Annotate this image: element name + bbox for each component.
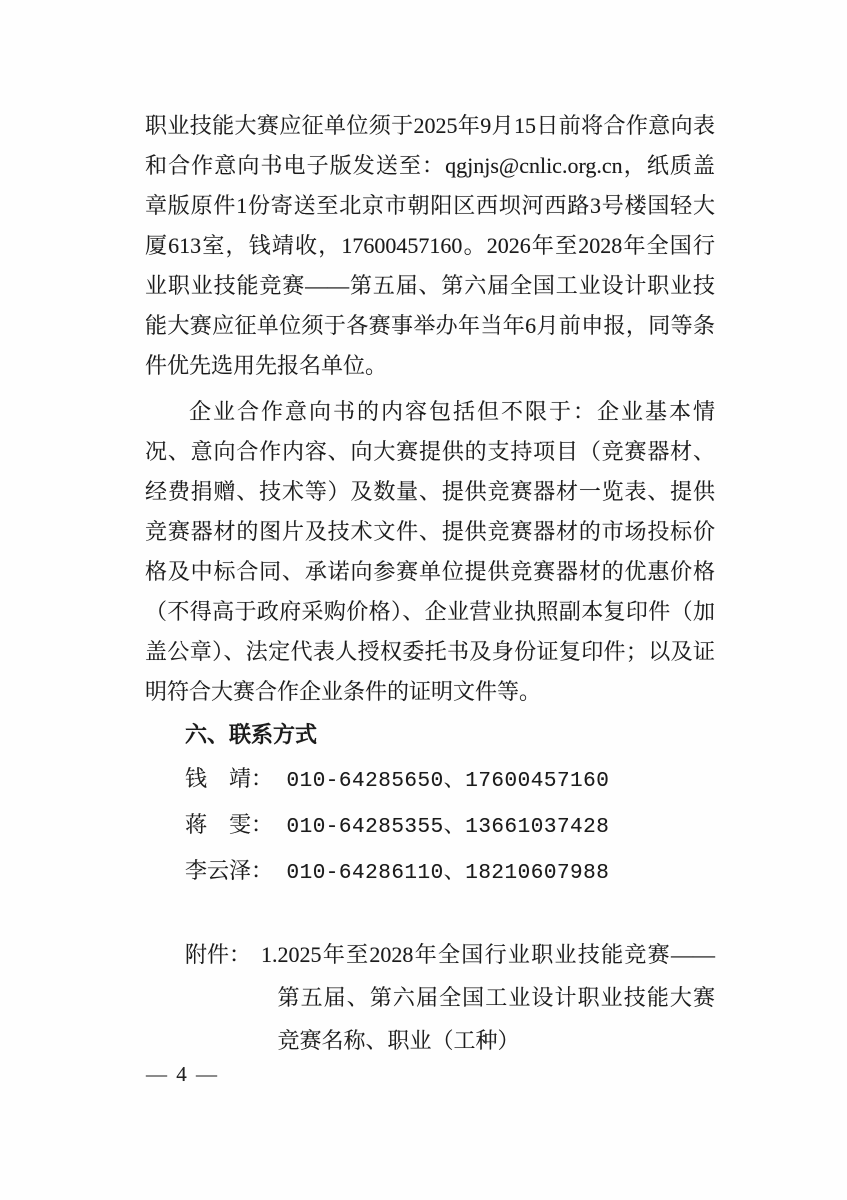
contact-name: 蒋 雯： xyxy=(185,803,281,846)
section-heading-contact-info: 六、联系方式 xyxy=(145,714,715,755)
contact-phones: 010-64285355、13661037428 xyxy=(287,816,610,839)
contact-phones: 010-64285650、17600457160 xyxy=(287,770,610,793)
contact-name: 钱 靖： xyxy=(185,757,281,800)
document-body: 职业技能大赛应征单位须于2025年9月15日前将合作意向表和合作意向书电子版发送… xyxy=(145,106,715,1062)
document-page: 职业技能大赛应征单位须于2025年9月15日前将合作意向表和合作意向书电子版发送… xyxy=(0,0,847,1200)
page-number: — 4 — xyxy=(146,1062,219,1087)
contact-row: 蒋 雯： 010-64285355、13661037428 xyxy=(185,803,715,849)
contact-list: 钱 靖： 010-64285650、17600457160 蒋 雯： 010-6… xyxy=(145,757,715,895)
attachment-block: 附件： 1. 2025年至2028年全国行业职业技能竞赛——第五届、第六届全国工… xyxy=(145,933,715,1062)
paragraph-application-requirements: 职业技能大赛应征单位须于2025年9月15日前将合作意向表和合作意向书电子版发送… xyxy=(145,106,715,386)
contact-row: 钱 靖： 010-64285650、17600457160 xyxy=(185,757,715,803)
contact-row: 李云泽： 010-64286110、18210607988 xyxy=(185,849,715,895)
attachment-item-text: 2025年至2028年全国行业职业技能竞赛——第五届、第六届全国工业设计职业技能… xyxy=(278,933,715,1062)
attachment-label: 附件： xyxy=(185,933,251,976)
contact-name: 李云泽： xyxy=(185,849,281,892)
contact-phones: 010-64286110、18210607988 xyxy=(287,862,610,885)
paragraph-letter-of-intent-contents: 企业合作意向书的内容包括但不限于：企业基本情况、意向合作内容、向大赛提供的支持项… xyxy=(145,392,715,712)
attachment-item-number: 1. xyxy=(261,933,278,976)
